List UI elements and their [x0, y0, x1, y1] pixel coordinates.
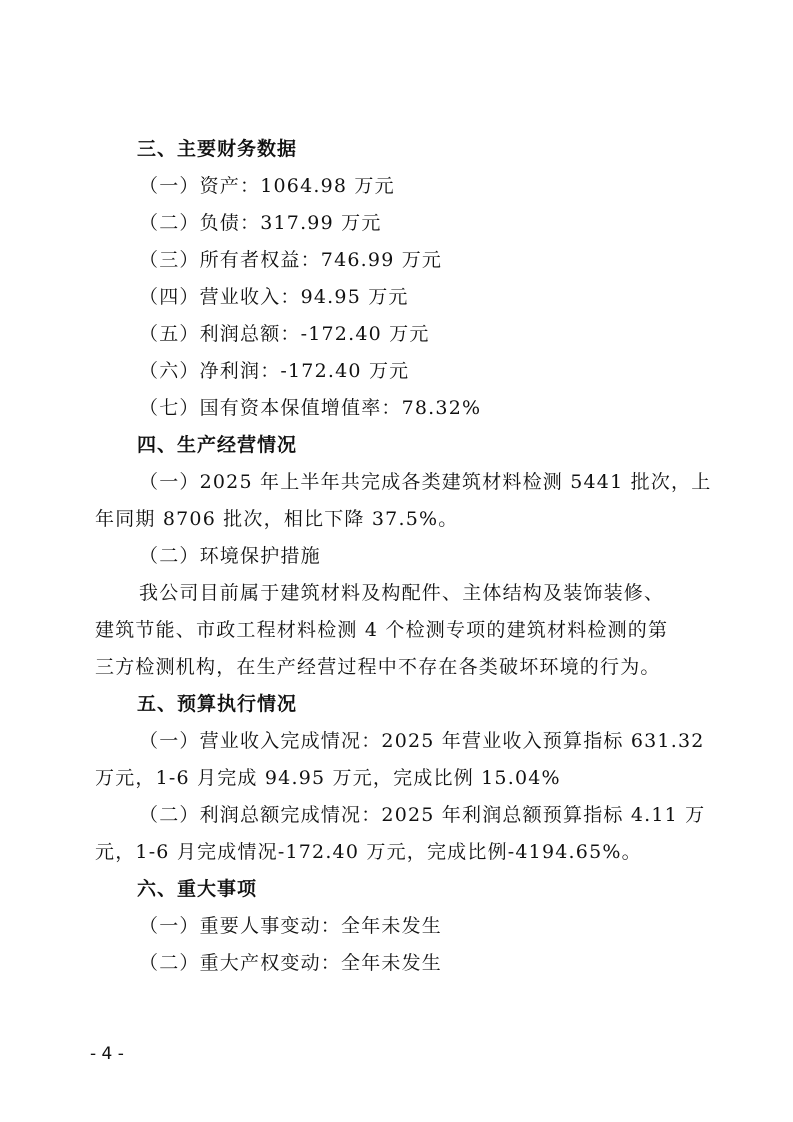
budget-revenue-line1: （一）营业收入完成情况：2025 年营业收入预算指标 631.32 — [95, 723, 705, 760]
operations-para1-line1: （一）2025 年上半年共完成各类建筑材料检测 5441 批次，上 — [95, 464, 705, 501]
financial-item-liabilities: （二）负债：317.99 万元 — [95, 205, 705, 242]
budget-profit-line2: 元，1-6 月完成情况-172.40 万元，完成比例-4194.65%。 — [95, 834, 705, 871]
financial-item-net-profit: （六）净利润：-172.40 万元 — [95, 353, 705, 390]
operations-subheading-environment: （二）环境保护措施 — [95, 538, 705, 575]
environment-para-line2: 建筑节能、市政工程材料检测 4 个检测专项的建筑材料检测的第 — [95, 612, 705, 649]
major-event-property: （二）重大产权变动：全年未发生 — [95, 945, 705, 982]
budget-revenue-line2: 万元，1-6 月完成 94.95 万元，完成比例 15.04% — [95, 760, 705, 797]
environment-para-line3: 三方检测机构，在生产经营过程中不存在各类破坏环境的行为。 — [95, 649, 705, 686]
section-heading-operations: 四、生产经营情况 — [95, 427, 705, 464]
document-page: 三、主要财务数据 （一）资产：1064.98 万元 （二）负债：317.99 万… — [95, 131, 705, 982]
financial-item-total-profit: （五）利润总额：-172.40 万元 — [95, 316, 705, 353]
section-heading-financial-data: 三、主要财务数据 — [95, 131, 705, 168]
section-heading-major-events: 六、重大事项 — [95, 871, 705, 908]
environment-para-line1: 我公司目前属于建筑材料及构配件、主体结构及装饰装修、 — [95, 575, 705, 612]
financial-item-assets: （一）资产：1064.98 万元 — [95, 168, 705, 205]
operations-para1-line2: 年同期 8706 批次，相比下降 37.5%。 — [95, 501, 705, 538]
financial-item-capital-ratio: （七）国有资本保值增值率：78.32% — [95, 390, 705, 427]
financial-item-equity: （三）所有者权益：746.99 万元 — [95, 242, 705, 279]
section-heading-budget: 五、预算执行情况 — [95, 686, 705, 723]
financial-item-revenue: （四）营业收入：94.95 万元 — [95, 279, 705, 316]
budget-profit-line1: （二）利润总额完成情况：2025 年利润总额预算指标 4.11 万 — [95, 797, 705, 834]
page-number: - 4 - — [90, 1044, 124, 1064]
major-event-personnel: （一）重要人事变动：全年未发生 — [95, 908, 705, 945]
